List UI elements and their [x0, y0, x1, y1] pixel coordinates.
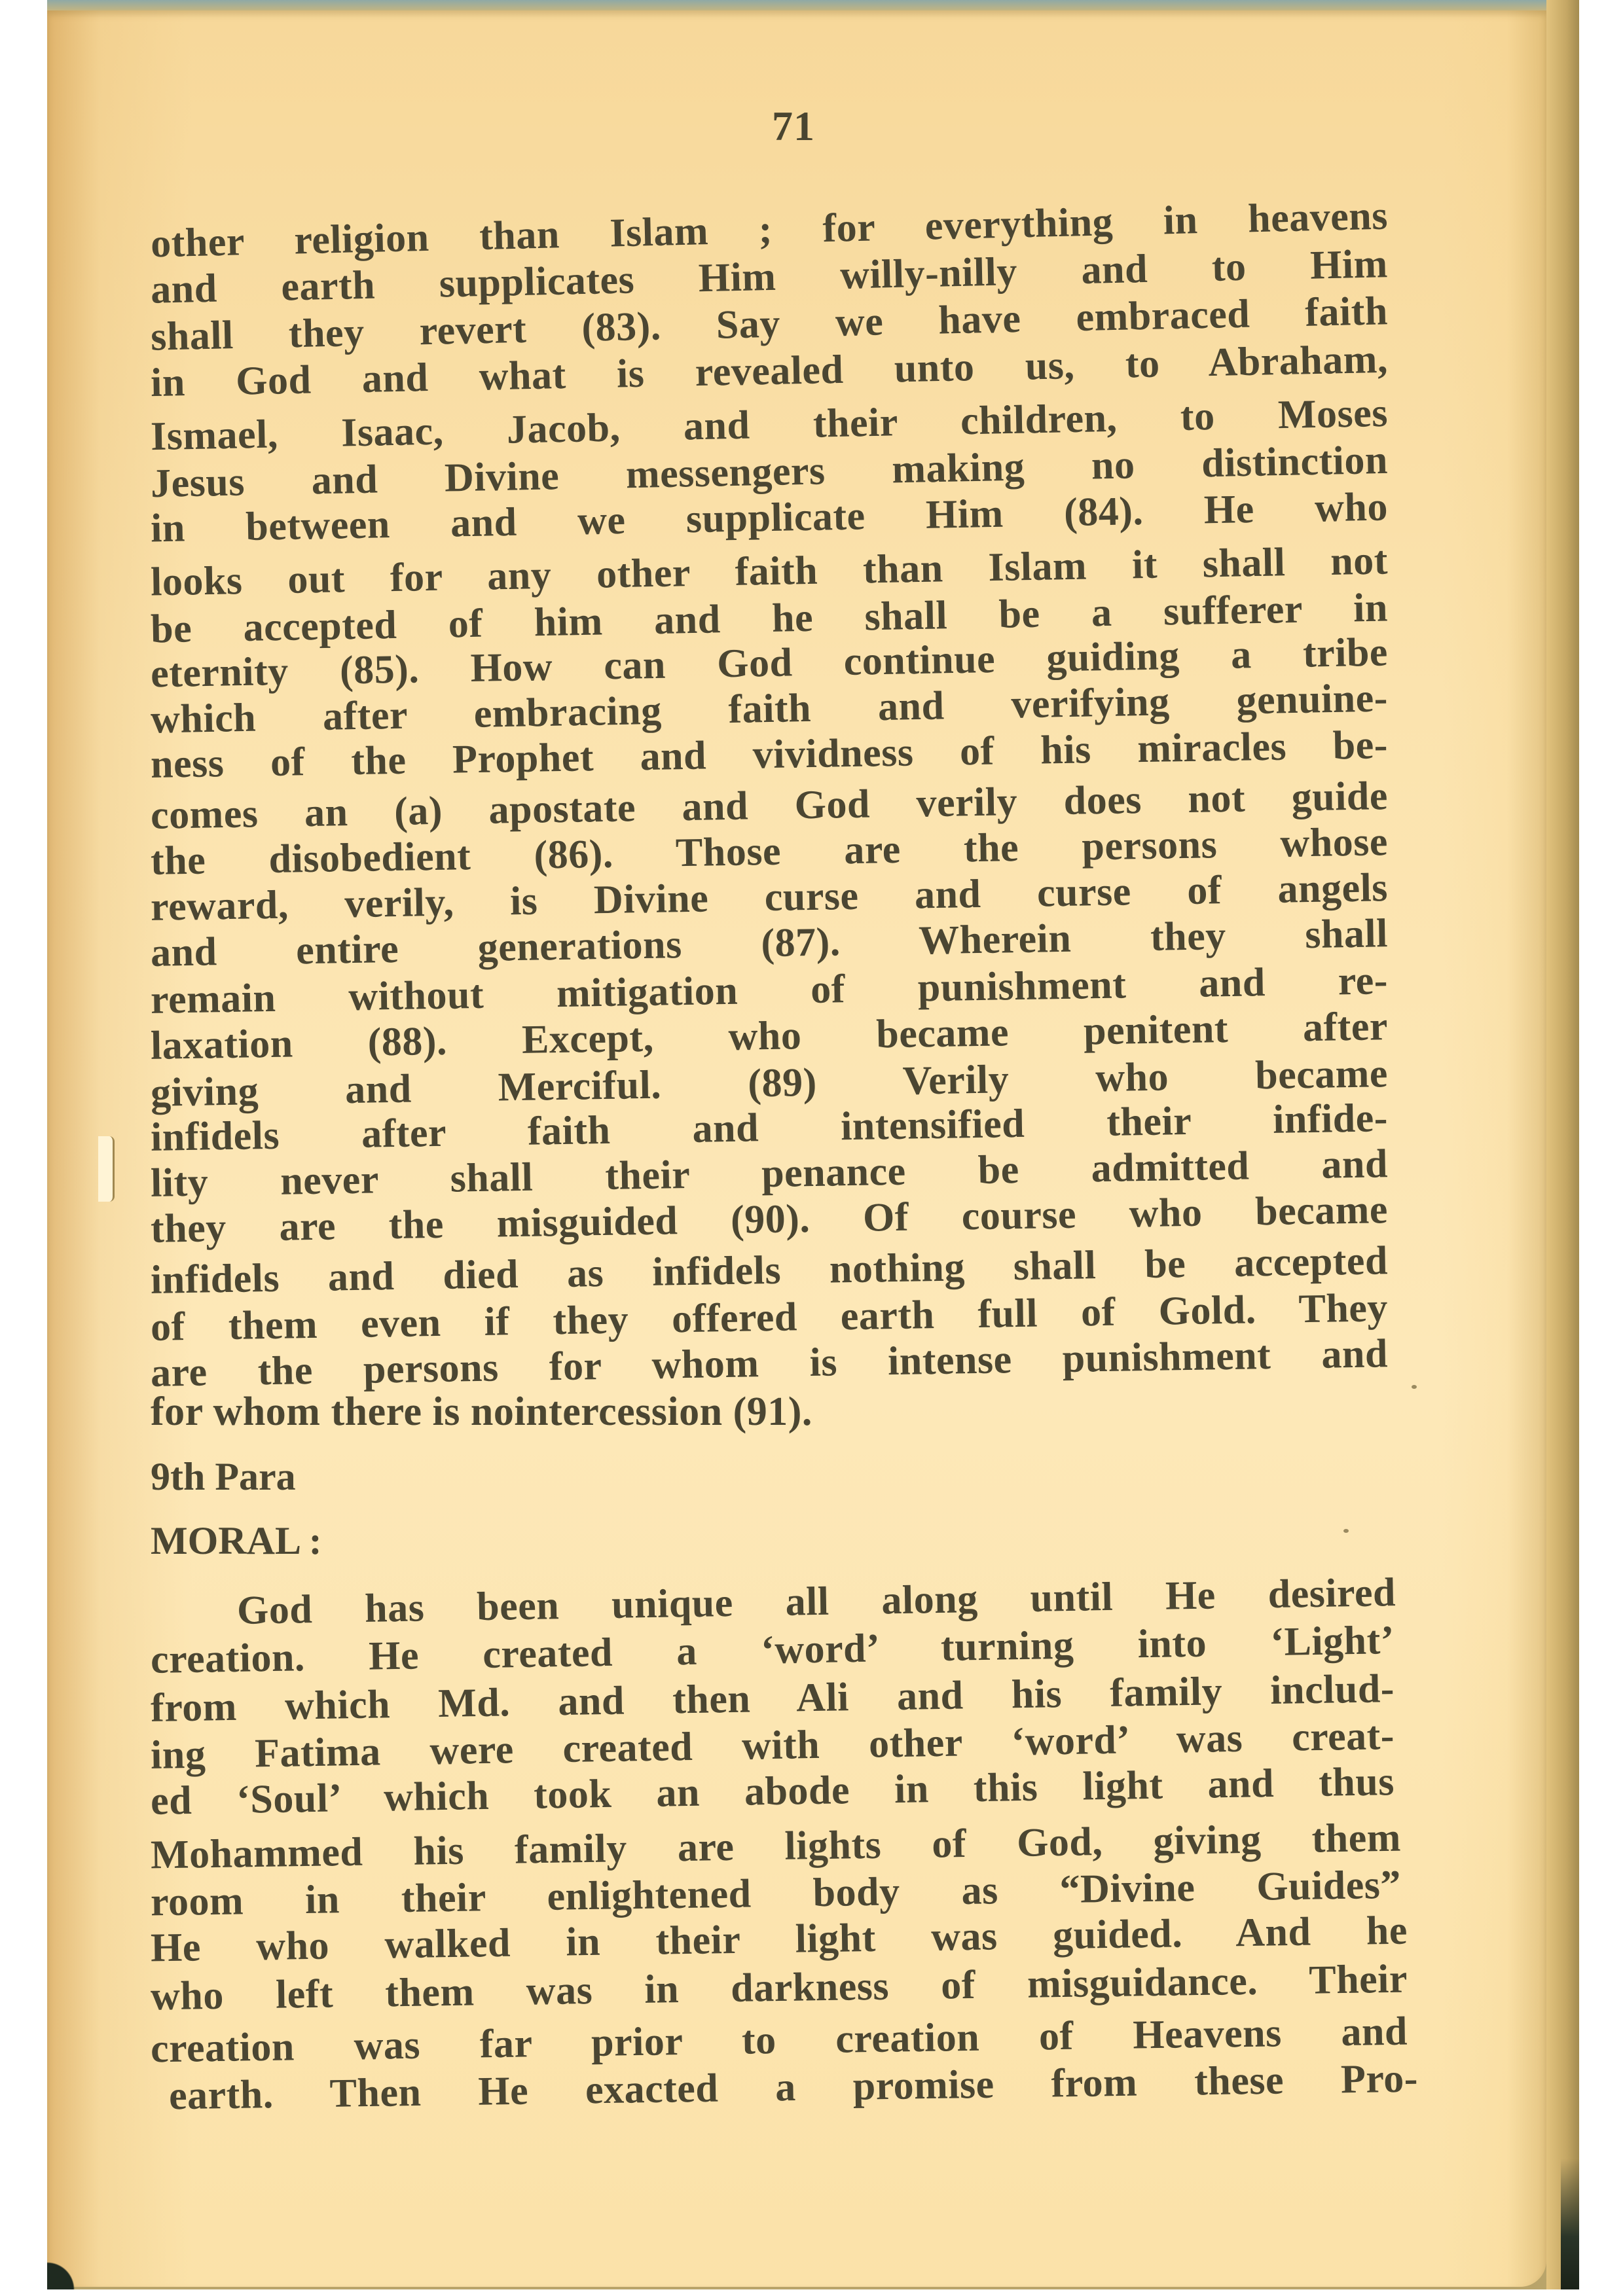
- section-label: 9th Para: [151, 1454, 296, 1499]
- page-number: 71: [741, 102, 846, 151]
- page-right-edge: [1546, 0, 1579, 2289]
- page-tear-mark: [98, 1136, 115, 1202]
- paper-speck: [1343, 1529, 1349, 1533]
- book-page: 71 other religion than Islam ; for every…: [47, 10, 1546, 2287]
- scanned-page-frame: 71 other religion than Islam ; for every…: [47, 0, 1579, 2289]
- page-corner-shadow: [47, 2250, 86, 2289]
- moral-heading: MORAL :: [151, 1518, 322, 1564]
- page-corner-shadow: [1561, 2159, 1579, 2289]
- body-line-last: for whom there is nointercession (91).: [151, 1389, 812, 1435]
- paper-speck: [1412, 1385, 1417, 1389]
